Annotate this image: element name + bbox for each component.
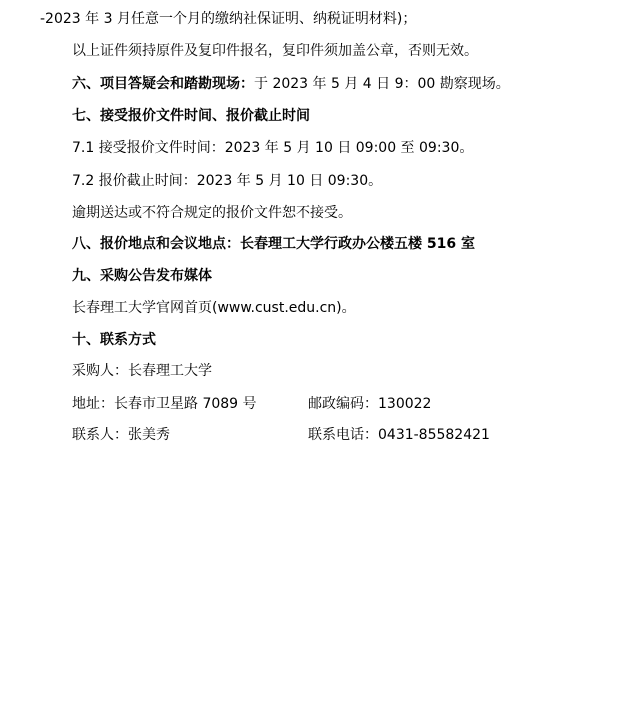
purchaser-label: 采购人： (72, 363, 128, 379)
original-copy-note-text: 以上证件须持原件及复印件报名，复印件须加盖公章，否则无效。 (72, 43, 478, 59)
postcode-group: 邮政编码：130022 (308, 395, 431, 413)
materials-note-line: -2023 年 3 月任意一个月的缴纳社保证明、纳税证明材料)； (40, 10, 416, 28)
section-10-heading: 十、联系方式 (72, 331, 156, 349)
section-8-heading: 八、报价地点和会议地点：长春理工大学行政办公楼五楼 516 室 (72, 235, 475, 253)
contact-phone-line: 联系人：张美秀 联系电话：0431-85582421 (72, 426, 632, 444)
publication-media-text: 长春理工大学官网首页(www.cust.edu.cn)。 (72, 299, 356, 317)
address-value: 长春市卫星路 7089 号 (114, 396, 257, 412)
original-copy-note-line: 以上证件须持原件及复印件报名，复印件须加盖公章，否则无效。 (72, 42, 478, 60)
section-6-heading: 六、项目答疑会和踏勘现场： (72, 76, 254, 92)
section-6-text: 于 2023 年 5 月 4 日 9：00 勘察现场。 (254, 76, 510, 92)
section-6-line: 六、项目答疑会和踏勘现场：于 2023 年 5 月 4 日 9：00 勘察现场。 (72, 75, 510, 93)
purchaser-value: 长春理工大学 (128, 363, 212, 379)
address-label: 地址： (72, 396, 114, 412)
section-9-heading: 九、采购公告发布媒体 (72, 267, 212, 285)
address-postcode-line: 地址：长春市卫星路 7089 号 邮政编码：130022 (72, 395, 632, 413)
late-submission-note: 逾期送达或不符合规定的报价文件恕不接受。 (72, 204, 352, 222)
phone-label: 联系电话： (308, 427, 378, 443)
contact-person-value: 张美秀 (128, 427, 170, 443)
phone-group: 联系电话：0431-85582421 (308, 426, 490, 444)
section-7-1-line: 7.1 接受报价文件时间：2023 年 5 月 10 日 09:00 至 09:… (72, 139, 473, 157)
postcode-label: 邮政编码： (308, 396, 378, 412)
purchaser-line: 采购人：长春理工大学 (72, 362, 212, 380)
section-7-heading: 七、接受报价文件时间、报价截止时间 (72, 107, 310, 125)
section-7-2-line: 7.2 报价截止时间：2023 年 5 月 10 日 09:30。 (72, 172, 382, 190)
contact-person-label: 联系人： (72, 427, 128, 443)
postcode-value: 130022 (378, 396, 431, 412)
phone-value: 0431-85582421 (378, 427, 490, 443)
materials-note-text: -2023 年 3 月任意一个月的缴纳社保证明、纳税证明材料)； (40, 11, 416, 27)
